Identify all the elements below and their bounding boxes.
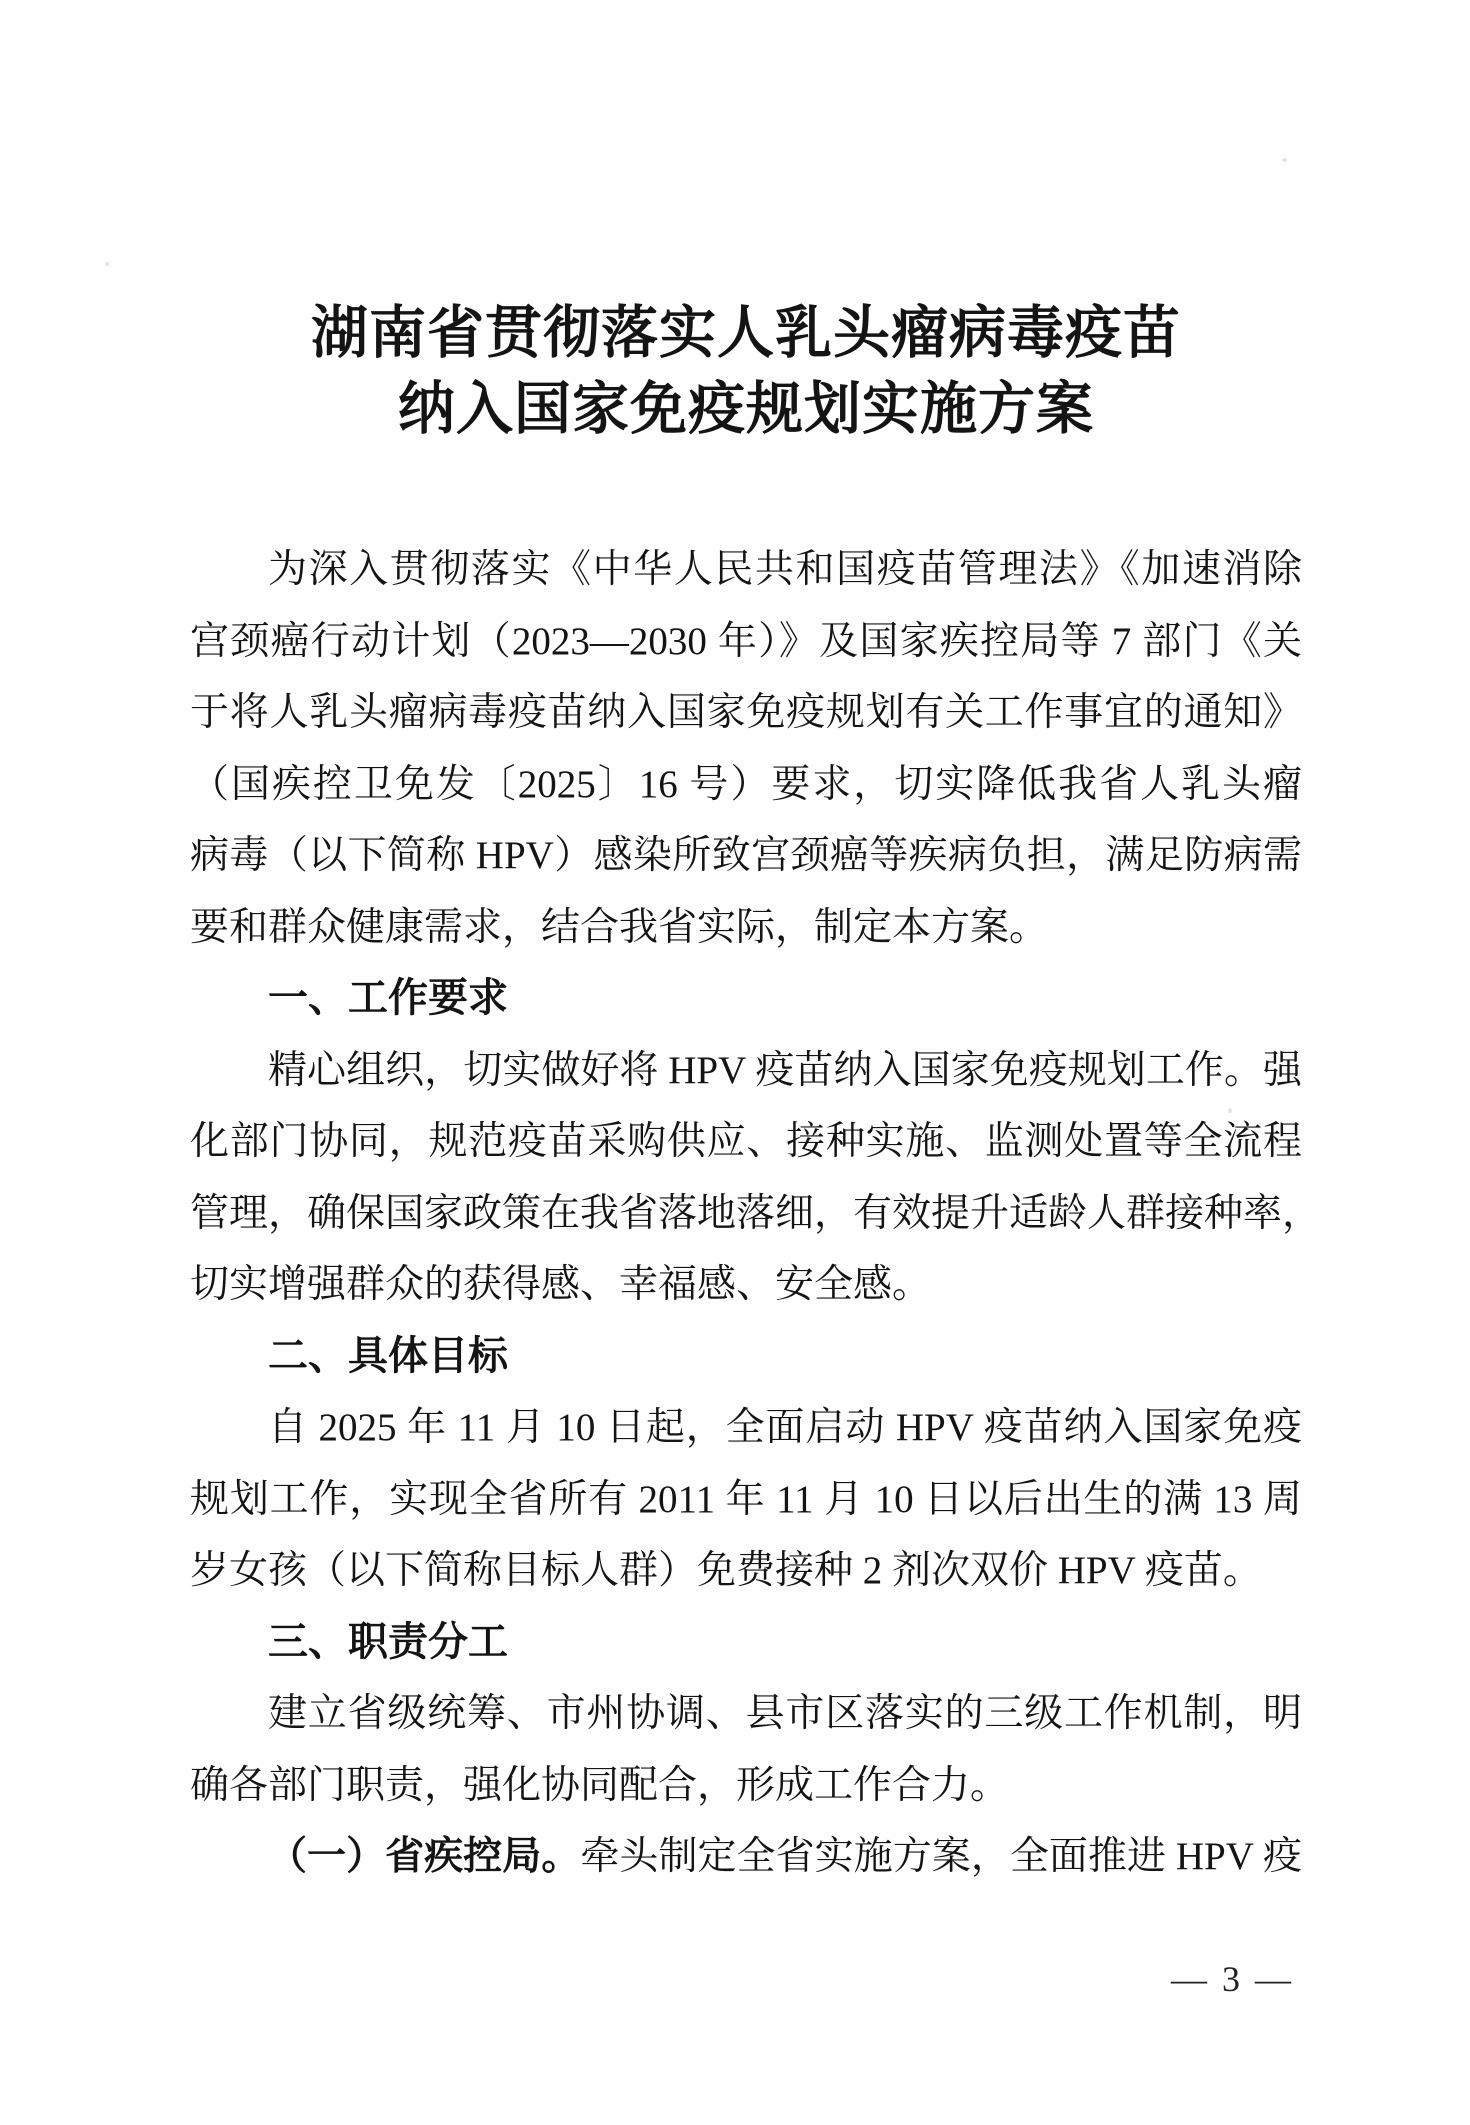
paragraph-responsibilities: 建立省级统筹、市州协调、县市区落实的三级工作机制，明 确各部门职责，强化协同配合… (190, 1678, 1302, 1821)
document-page: 湖南省贯彻落实人乳头瘤病毒疫苗 纳入国家免疫规划实施方案 为深入贯彻落实《中华人… (0, 0, 1470, 2125)
paragraph-line: 自 2025 年 11 月 10 日起，全面启动 HPV 疫苗纳入国家免疫 (190, 1392, 1302, 1464)
paragraph-cdc-bureau: （一）省疾控局。牵头制定全省实施方案，全面推进 HPV 疫 (190, 1821, 1302, 1893)
section-heading-2: 二、具体目标 (190, 1321, 1302, 1393)
scan-speck (105, 262, 109, 266)
title-line-1: 湖南省贯彻落实人乳头瘤病毒疫苗 (190, 296, 1302, 372)
paragraph-line: 岁女孩（以下简称目标人群）免费接种 2 剂次双价 HPV 疫苗。 (190, 1535, 1302, 1607)
scan-speck (1228, 1108, 1232, 1113)
paragraph-line: 于将人乳头瘤病毒疫苗纳入国家免疫规划有关工作事宜的通知》 (190, 677, 1302, 749)
section-heading-3: 三、职责分工 (190, 1607, 1302, 1679)
paragraph-line: 管理，确保国家政策在我省落地落细，有效提升适龄人群接种率， (190, 1178, 1302, 1250)
paragraph-lead-bold: （一）省疾控局。 (268, 1835, 580, 1878)
paragraph-line: （一）省疾控局。牵头制定全省实施方案，全面推进 HPV 疫 (190, 1821, 1302, 1893)
title-line-2: 纳入国家免疫规划实施方案 (190, 372, 1302, 448)
paragraph-line: 要和群众健康需求，结合我省实际，制定本方案。 (190, 892, 1302, 964)
paragraph-line: 化部门协同，规范疫苗采购供应、接种实施、监测处置等全流程 (190, 1106, 1302, 1178)
page-number: — 3 — (1171, 1958, 1294, 2000)
paragraph-line: 建立省级统筹、市州协调、县市区落实的三级工作机制，明 (190, 1678, 1302, 1750)
paragraph-specific-goals: 自 2025 年 11 月 10 日起，全面启动 HPV 疫苗纳入国家免疫 规划… (190, 1392, 1302, 1607)
paragraph-work-requirements: 精心组织，切实做好将 HPV 疫苗纳入国家免疫规划工作。强 化部门协同，规范疫苗… (190, 1035, 1302, 1321)
paragraph-line: （国疾控卫免发〔2025〕16 号）要求，切实降低我省人乳头瘤 (190, 749, 1302, 821)
paragraph-line: 病毒（以下简称 HPV）感染所致宫颈癌等疾病负担，满足防病需 (190, 820, 1302, 892)
paragraph-lead-rest: 牵头制定全省实施方案，全面推进 HPV 疫 (580, 1835, 1302, 1878)
section-heading-1: 一、工作要求 (190, 963, 1302, 1035)
paragraph-line: 规划工作，实现全省所有 2011 年 11 月 10 日以后出生的满 13 周 (190, 1464, 1302, 1536)
document-body: 为深入贯彻落实《中华人民共和国疫苗管理法》《加速消除 宫颈癌行动计划（2023—… (190, 534, 1302, 1893)
paragraph-line: 确各部门职责，强化协同配合，形成工作合力。 (190, 1750, 1302, 1822)
scan-speck (1282, 158, 1287, 162)
document-content: 湖南省贯彻落实人乳头瘤病毒疫苗 纳入国家免疫规划实施方案 为深入贯彻落实《中华人… (190, 296, 1302, 1893)
paragraph-intro: 为深入贯彻落实《中华人民共和国疫苗管理法》《加速消除 宫颈癌行动计划（2023—… (190, 534, 1302, 963)
paragraph-line: 切实增强群众的获得感、幸福感、安全感。 (190, 1249, 1302, 1321)
paragraph-line: 为深入贯彻落实《中华人民共和国疫苗管理法》《加速消除 (190, 534, 1302, 606)
paragraph-line: 宫颈癌行动计划（2023—2030 年）》及国家疾控局等 7 部门《关 (190, 606, 1302, 678)
document-title: 湖南省贯彻落实人乳头瘤病毒疫苗 纳入国家免疫规划实施方案 (190, 296, 1302, 448)
paragraph-line: 精心组织，切实做好将 HPV 疫苗纳入国家免疫规划工作。强 (190, 1035, 1302, 1107)
